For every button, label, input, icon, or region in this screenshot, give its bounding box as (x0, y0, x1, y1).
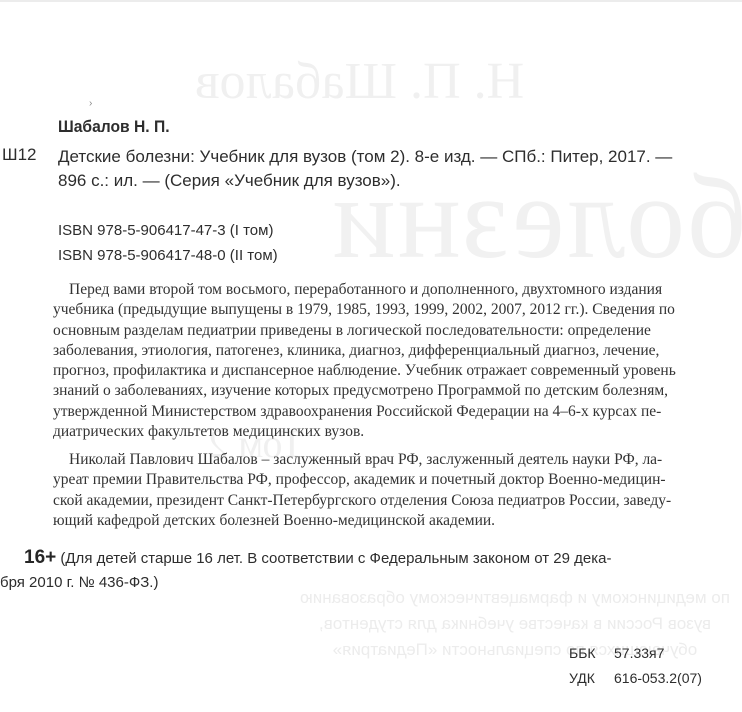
bleed-through-notes: по медицинскому и фармацевтическому обра… (300, 585, 730, 663)
udk-classification: УДК616-053.2(07) (569, 670, 702, 686)
bio-line: ющий кафедрой детских болезней Военно-ме… (53, 511, 729, 531)
summary-line: диатрических факультетов медицинских вуз… (53, 422, 729, 442)
summary-line: учебника (предыдущие выпущены в 1979, 19… (53, 300, 729, 320)
summary-line: основным разделам педиатрии приведены в … (53, 321, 729, 341)
author-cipher: Ш12 (2, 145, 37, 165)
udk-value: 616-053.2(07) (614, 670, 702, 686)
age-rating-notice: 16+ (Для детей старше 16 лет. В соответс… (0, 546, 742, 595)
page-top-edge (0, 0, 742, 2)
bbk-value: 57.33я7 (614, 645, 664, 661)
isbn-volume-2: ISBN 978-5-906417-48-0 (II том) (58, 247, 278, 264)
bio-line: уреат премии Правительства РФ, профессор… (53, 470, 729, 490)
bio-line: Николай Павлович Шабалов – заслуженный в… (53, 450, 729, 470)
bleed-through-author: Н. П. Шабалов (195, 52, 524, 111)
bbk-label: ББК (569, 645, 614, 661)
udk-label: УДК (569, 670, 614, 686)
bio-line: ской академии, президент Санкт-Петербург… (53, 491, 729, 511)
bbk-classification: ББК57.33я7 (569, 645, 664, 661)
bleed-note-line: вузов России в качестве учебника для сту… (300, 611, 730, 637)
biblio-line: Детские болезни: Учебник для вузов (том … (58, 145, 742, 169)
summary-line: прогноз, профилактика и диспансерное наб… (53, 361, 729, 381)
summary-line: знаний о заболеваниях, изучение которых … (53, 381, 729, 401)
author-biography: Николай Павлович Шабалов – заслуженный в… (53, 450, 729, 531)
age-rating-text: (Для детей старше 16 лет. В соответствии… (60, 550, 611, 567)
biblio-line: 896 с.: ил. — (Серия «Учебник для вузов»… (58, 169, 742, 193)
bibliographic-record: Детские болезни: Учебник для вузов (том … (58, 145, 742, 193)
scan-mark: › (89, 98, 92, 109)
age-rating-text-continued: бря 2010 г. № 436-ФЗ.) (0, 571, 742, 595)
age-rating-badge: 16+ (24, 547, 56, 568)
summary-line: Перед вами второй том восьмого, перерабо… (53, 280, 729, 300)
book-summary: Перед вами второй том восьмого, перерабо… (53, 280, 729, 442)
summary-line: заболевания, этиология, патогенез, клини… (53, 341, 729, 361)
isbn-volume-1: ISBN 978-5-906417-47-3 (I том) (58, 222, 273, 239)
author-heading: Шабалов Н. П. (58, 117, 170, 137)
bleed-note-line: обучающихся по специальности «Педиатрия» (300, 637, 730, 663)
summary-line: утвержденной Министерством здравоохранен… (53, 402, 729, 422)
